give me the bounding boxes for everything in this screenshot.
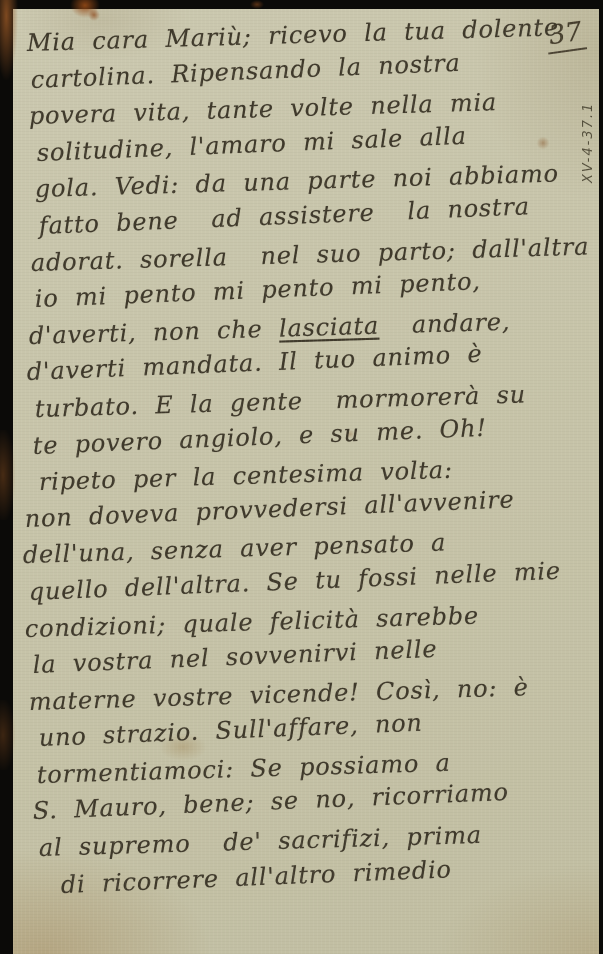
scanned-letter-page: 37 XV-4-37.1 Mia cara Mariù; ricevo la t… (0, 0, 603, 954)
underlined-word: lasciata (279, 311, 380, 342)
letter-paper: 37 XV-4-37.1 Mia cara Mariù; ricevo la t… (13, 9, 599, 954)
foxing-spot (250, 0, 264, 9)
handwritten-text-block: Mia cara Mariù; ricevo la tua dolente ca… (21, 25, 590, 903)
